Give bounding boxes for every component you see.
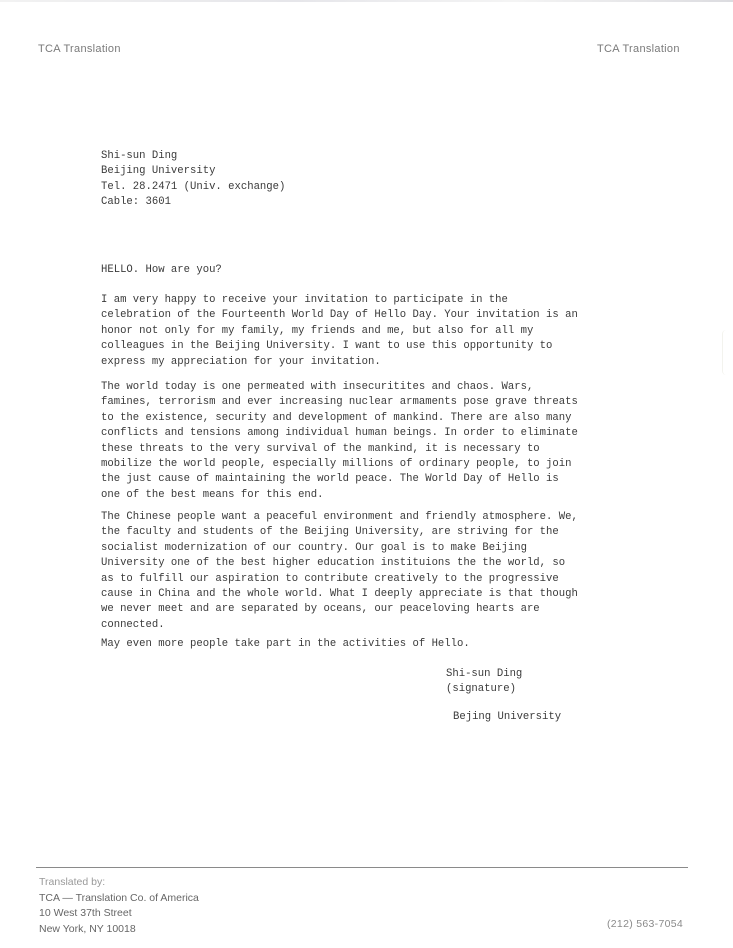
page-fold-mark xyxy=(722,330,731,375)
sender-cable: Cable: 3601 xyxy=(101,195,285,210)
letterhead-left: TCA Translation xyxy=(38,43,121,55)
page-top-edge xyxy=(0,0,733,2)
footer-translated-by: Translated by: xyxy=(39,875,199,891)
letter-paragraph: The world today is one permeated with in… xyxy=(101,380,578,503)
letter-paragraph: I am very happy to receive your invitati… xyxy=(101,293,578,370)
sender-institution: Beijing University xyxy=(101,164,285,179)
footer-phone: (212) 563-7054 xyxy=(607,918,683,930)
letter-paragraph: The Chinese people want a peaceful envir… xyxy=(101,510,578,633)
signature-name: Shi-sun Ding xyxy=(446,667,522,682)
signature-note: (signature) xyxy=(446,682,522,697)
footer-divider xyxy=(36,867,688,868)
signature-block: Shi-sun Ding(signature) xyxy=(446,667,522,698)
sender-name: Shi-sun Ding xyxy=(101,149,285,164)
footer-city: New York, NY 10018 xyxy=(39,922,199,938)
letter-greeting: HELLO. How are you? xyxy=(101,263,222,278)
sender-telephone: Tel. 28.2471 (Univ. exchange) xyxy=(101,180,285,195)
letter-closing: May even more people take part in the ac… xyxy=(101,637,470,652)
sender-address-block: Shi-sun DingBeijing UniversityTel. 28.24… xyxy=(101,149,285,211)
footer-street: 10 West 37th Street xyxy=(39,906,199,922)
footer-address-block: Translated by: TCA — Translation Co. of … xyxy=(39,875,199,937)
letterhead-right: TCA Translation xyxy=(597,43,680,55)
footer-company: TCA — Translation Co. of America xyxy=(39,891,199,907)
signature-institution: Bejing University xyxy=(453,710,561,725)
